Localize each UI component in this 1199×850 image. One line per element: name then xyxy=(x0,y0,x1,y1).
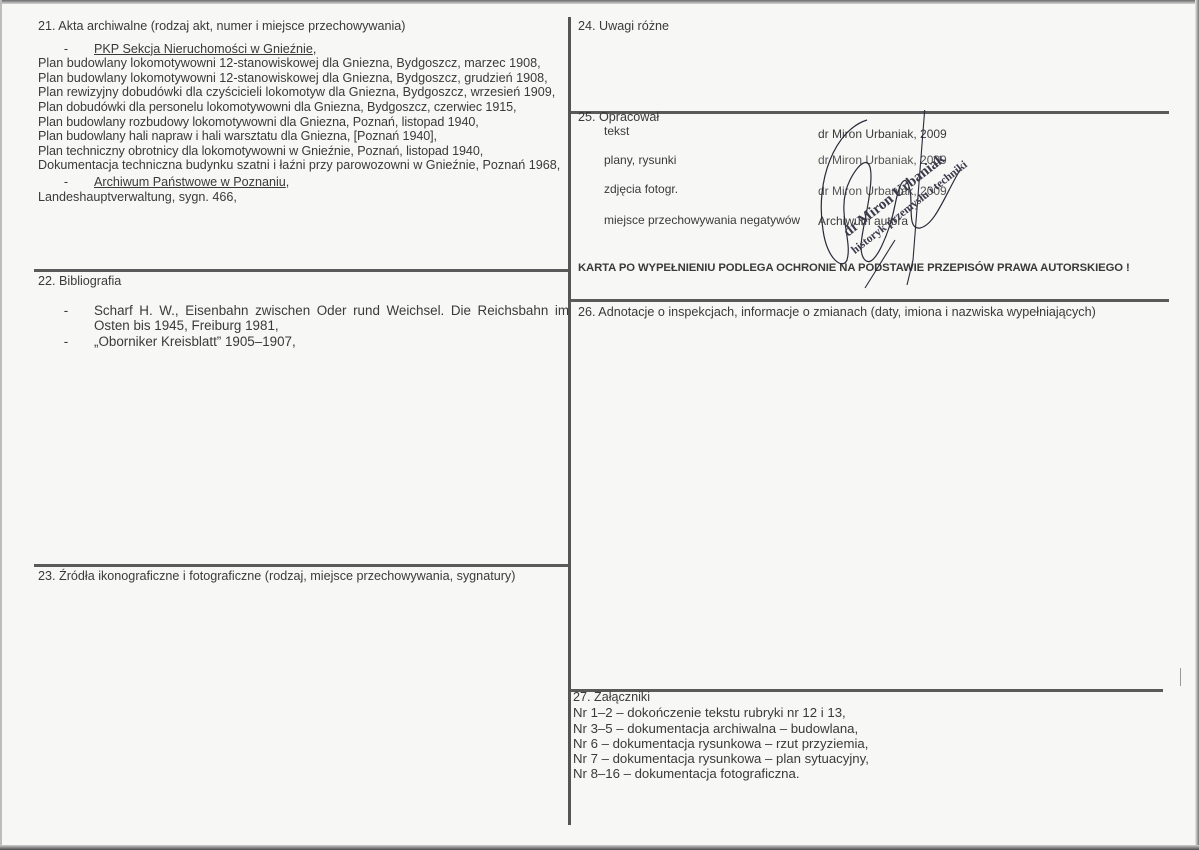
row-value-text: dr Miron Urbaniak, 2009 xyxy=(818,127,947,141)
section-26-title: 26. Adnotacje o inspekcjach, informacje … xyxy=(578,305,1168,320)
row-label-negatives-location: miejsce przechowywania negatywów xyxy=(604,213,800,227)
copyright-warning: KARTA PO WYPEŁNIENIU PODLEGA OCHRONIE NA… xyxy=(578,262,1130,274)
section-23-title: 23. Źródła ikonograficzne i fotograficzn… xyxy=(38,569,569,584)
row-label-drawings: plany, rysunki xyxy=(604,153,676,167)
bibliography-item: - „Oborniker Kreisblatt” 1905–1907, xyxy=(38,334,569,350)
divider-22-23 xyxy=(34,564,568,567)
list-item: Plan dobudówki dla personelu lokomotywow… xyxy=(38,100,569,115)
attachment-item: Nr 6 – dokumentacja rysunkowa – rzut prz… xyxy=(573,736,1163,751)
attachment-item: Nr 8–16 – dokumentacja fotograficzna. xyxy=(573,766,1163,781)
section-24-title: 24. Uwagi różne xyxy=(578,19,1168,34)
section-21-title: 21. Akta archiwalne (rodzaj akt, numer i… xyxy=(38,19,569,34)
list-item: Plan budowlany rozbudowy lokomotywowni d… xyxy=(38,115,569,130)
archive-heading: PKP Sekcja Nieruchomości w Gnieźnie xyxy=(94,42,313,56)
section-21-archival-records: 21. Akta archiwalne (rodzaj akt, numer i… xyxy=(38,19,569,204)
list-item: Plan budowlany lokomotywowni 12-stanowis… xyxy=(38,56,569,71)
dash-bullet: - xyxy=(38,42,94,57)
scan-mark xyxy=(1180,668,1181,686)
list-item: Plan budowlany lokomotywowni 12-stanowis… xyxy=(38,71,569,86)
dash-bullet: - xyxy=(38,334,94,350)
archive-group-ap-poznan: - Archiwum Państwowe w Poznaniu, xyxy=(38,175,569,190)
list-item: Plan rewizyjny dobudówki dla czyścicieli… xyxy=(38,85,569,100)
section-22-title: 22. Bibliografia xyxy=(38,274,569,289)
row-label-photos: zdjęcia fotogr. xyxy=(604,182,678,196)
row-value-negatives-location: Archiwum autora xyxy=(818,214,908,228)
list-item: Landeshauptverwaltung, sygn. 466, xyxy=(38,190,569,205)
archive-group-pkp: - PKP Sekcja Nieruchomości w Gnieźnie, xyxy=(38,42,569,57)
scan-edge-right xyxy=(1195,0,1199,850)
section-23-iconographic-sources: 23. Źródła ikonograficzne i fotograficzn… xyxy=(38,569,569,584)
bibliography-item: - Scharf H. W., Eisenbahn zwischen Oder … xyxy=(38,303,569,334)
scan-edge-top xyxy=(0,0,1199,4)
section-25-prepared-by: 25. Opracował xyxy=(578,110,1168,125)
row-label-text: tekst xyxy=(604,124,629,138)
section-27-attachments: 27. Załączniki Nr 1–2 – dokończenie teks… xyxy=(573,690,1163,782)
section-27-title: 27. Załączniki xyxy=(573,690,1163,705)
attachment-item: Nr 3–5 – dokumentacja archiwalna – budow… xyxy=(573,721,1163,736)
section-26-annotations: 26. Adnotacje o inspekcjach, informacje … xyxy=(578,305,1168,320)
list-item: Dokumentacja techniczna budynku szatni i… xyxy=(38,158,569,173)
section-25-title: 25. Opracował xyxy=(578,110,1168,125)
scan-edge-left xyxy=(0,0,2,850)
dash-bullet: - xyxy=(38,175,94,190)
archive-heading: Archiwum Państwowe w Poznaniu xyxy=(94,175,286,189)
svg-text:historyk przemysłu i techniki: historyk przemysłu i techniki xyxy=(849,158,970,256)
attachment-item: Nr 7 – dokumentacja rysunkowa – plan syt… xyxy=(573,751,1163,766)
list-item: Plan budowlany hali napraw i hali warszt… xyxy=(38,129,569,144)
dash-bullet: - xyxy=(38,303,94,319)
scan-edge-bottom xyxy=(0,845,1199,850)
list-item: Plan techniczny obrotnicy dla lokomotywo… xyxy=(38,144,569,159)
row-value-photos: dr Miron Urbaniak, 2009 xyxy=(818,184,947,198)
section-22-bibliography: 22. Bibliografia - Scharf H. W., Eisenba… xyxy=(38,274,569,349)
attachment-item: Nr 1–2 – dokończenie tekstu rubryki nr 1… xyxy=(573,705,1163,720)
section-24-remarks: 24. Uwagi różne xyxy=(578,19,1168,34)
divider-25-26 xyxy=(571,299,1169,302)
divider-21-22 xyxy=(34,269,568,272)
row-value-drawings: dr Miron Urbaniak, 2009 xyxy=(818,153,947,167)
